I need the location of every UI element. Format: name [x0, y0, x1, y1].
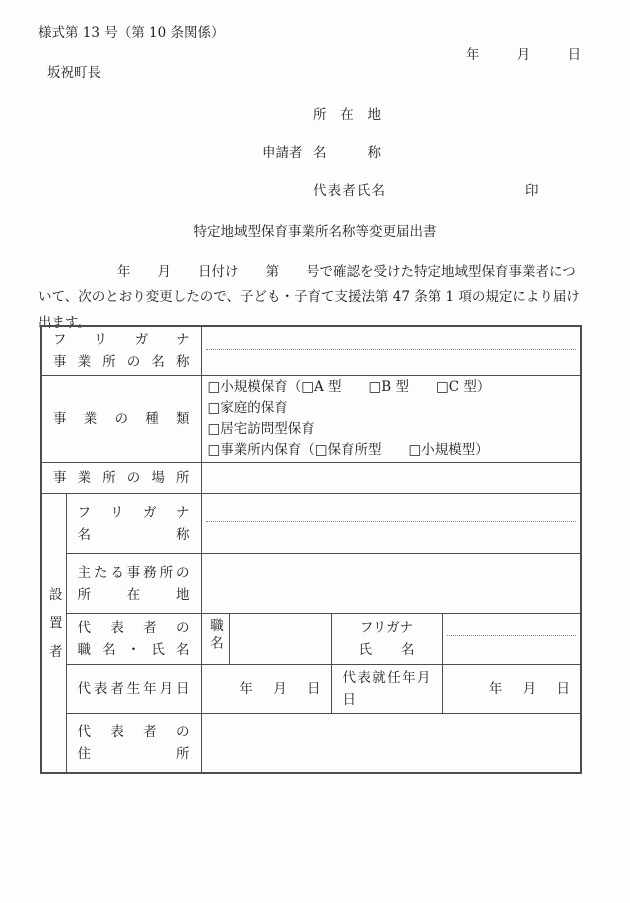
form-page: 様式第 13 号（第 10 条関係） 年 月 日 坂祝町長 所在地 申請者 名称… [0, 0, 630, 903]
rep-label-line1: 代表者の [78, 617, 190, 639]
office-location-label-cell: 事業所の場所 [41, 463, 201, 494]
office-location-input-cell [201, 463, 581, 494]
rep-birth-date-cell: 年 月 日 [201, 665, 331, 714]
rep-title-label-cell: 職名 [201, 614, 229, 665]
document-title: 特定地域型保育事業所名称等変更届出書 [0, 220, 630, 240]
office-location-label: 事業所の場所 [53, 467, 190, 489]
business-type-options-cell: □小規模保育（□A 型 □B 型 □C 型） □家庭的保育 □居宅訪問型保育 □… [201, 376, 581, 463]
founder-group-label: 設置者 [43, 587, 65, 673]
rep-label-line2: 職名・氏名 [78, 639, 190, 661]
rep-birth-label: 代表者生年月日 [78, 678, 190, 700]
submission-date-blank: 年 月 日 [466, 43, 581, 63]
founder-name-input-cell [201, 494, 581, 554]
option-workplace-care: □事業所内保育（□保育所型 □小規模型） [208, 440, 575, 461]
office-name-furigana-label: フリガナ [53, 329, 190, 351]
office-name-label-cell: フリガナ 事業所の名称 [41, 326, 201, 376]
body-line-2: いて、次のとおり変更したので、子ども・子育て支援法第 47 条第 1 項の規定に… [38, 285, 584, 310]
applicant-name-label: 名称 [313, 141, 381, 161]
founder-name-label: 名称 [78, 524, 190, 546]
rep-name-label: 氏名 [359, 639, 415, 661]
rep-title-input-cell [229, 614, 331, 665]
option-home-visit-care: □居宅訪問型保育 [208, 419, 575, 440]
rep-address-label-line2: 住所 [78, 743, 190, 765]
addressee: 坂祝町長 [47, 61, 101, 81]
rep-birth-label-cell: 代表者生年月日 [66, 665, 201, 714]
office-name-input-cell [201, 326, 581, 376]
business-type-label-cell: 事業の種類 [41, 376, 201, 463]
head-office-label-line2: 所在地 [78, 584, 190, 606]
seal-mark: 印 [525, 179, 539, 199]
office-name-label: 事業所の名称 [53, 351, 190, 373]
applicant-address-label: 所在地 [313, 103, 381, 123]
rep-inauguration-label-cell: 代表就任年月日 [331, 665, 442, 714]
rep-address-label-cell: 代表者の 住所 [66, 714, 201, 773]
rep-title-label: 職名 [204, 618, 226, 653]
rep-inauguration-date-cell: 年 月 日 [442, 665, 581, 714]
rep-name-label-cell: フリガナ 氏名 [331, 614, 442, 665]
head-office-input-cell [201, 554, 581, 614]
applicant-representative-label: 代表者氏名 [313, 179, 385, 199]
rep-inauguration-label: 代表就任年月日 [343, 667, 431, 711]
head-office-label-cell: 主たる事務所の 所在地 [66, 554, 201, 614]
rep-name-input-cell [442, 614, 581, 665]
rep-address-label-line1: 代表者の [78, 721, 190, 743]
founder-name-furigana-label: フリガナ [78, 502, 190, 524]
rep-name-furigana-label: フリガナ [340, 617, 434, 639]
founder-group-label-cell: 設置者 [41, 494, 66, 773]
rep-title-name-label-cell: 代表者の 職名・氏名 [66, 614, 201, 665]
applicant-group-label: 申請者 [262, 141, 303, 161]
furigana-rule-line [206, 349, 577, 350]
founder-name-label-cell: フリガナ 名称 [66, 494, 201, 554]
furigana-rule-line [447, 635, 577, 636]
option-small-scale-care: □小規模保育（□A 型 □B 型 □C 型） [208, 377, 575, 398]
business-type-label: 事業の種類 [53, 408, 190, 430]
form-number: 様式第 13 号（第 10 条関係） [38, 21, 225, 41]
head-office-label-line1: 主たる事務所の [78, 562, 190, 584]
option-home-care: □家庭的保育 [208, 398, 575, 419]
rep-address-input-cell [201, 714, 581, 773]
form-table: フリガナ 事業所の名称 事業の種類 □小規模保育（□A 型 □B 型 □C 型）… [40, 325, 582, 774]
furigana-rule-line [206, 521, 577, 522]
body-line-1: 年 月 日付け 第 号で確認を受けた特定地域型保育事業者につ [38, 260, 584, 285]
